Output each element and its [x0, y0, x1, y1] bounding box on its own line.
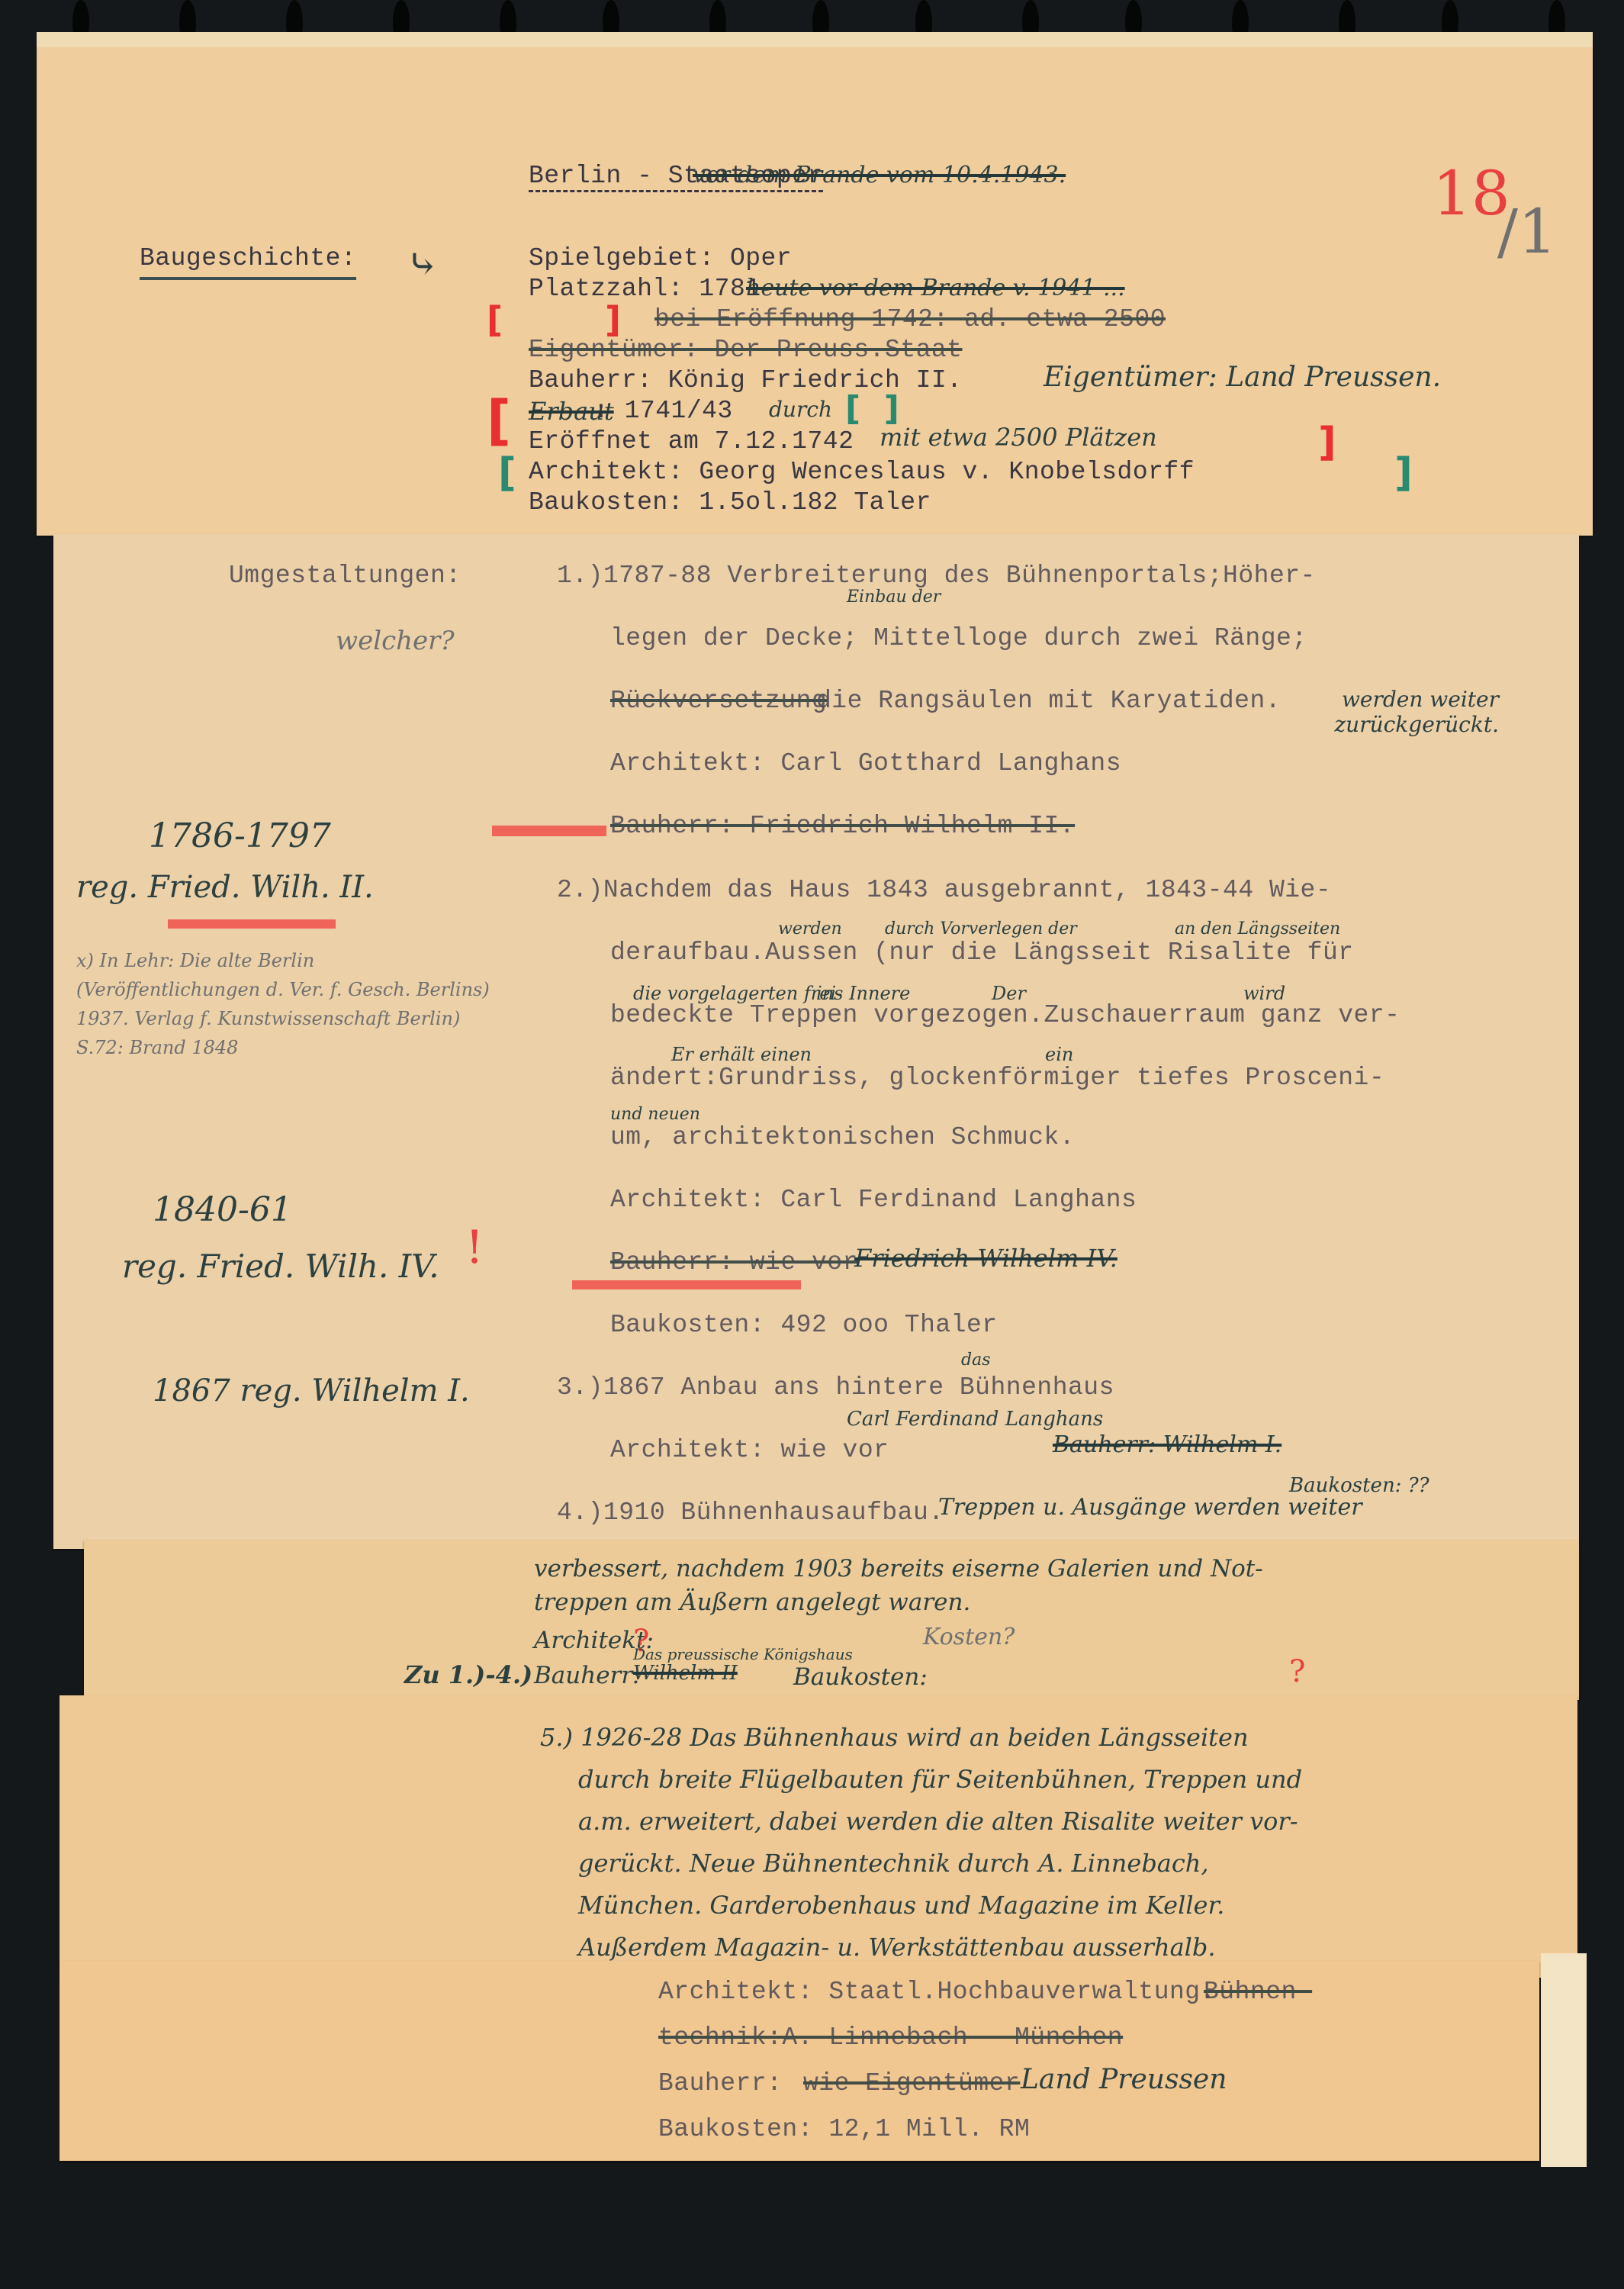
item4-line1: 4.)1910 Bühnenhausaufbau.: [557, 1499, 944, 1527]
item5-baukosten: Baukosten: 12,1 Mill. RM: [658, 2115, 1030, 2143]
red-arrow-icon: [572, 1280, 801, 1289]
eroeffnet: Eröffnet am 7.12.1742: [529, 427, 854, 456]
item1-architekt: Architekt: Carl Gotthard Langhans: [610, 749, 1121, 777]
item2-note-erhaelt: Er erhält einen: [671, 1044, 812, 1065]
item2-line5: um, architektonischen Schmuck.: [610, 1123, 1075, 1151]
item4-bauherr-note: Das preussische Königshaus: [633, 1645, 853, 1663]
item5-typed-card: Architekt: Staatl.Hochbauverwaltung. Büh…: [59, 1961, 1539, 2161]
header-card: Berlin - Staatsoper vor dem Brande vom 1…: [37, 47, 1593, 536]
eigentuemer-struck: Eigentümer: Der Preuss.Staat: [529, 336, 963, 364]
item1-line1: 1.)1787-88 Verbreiterung des Bühnenporta…: [557, 562, 1316, 590]
item2-note-laengsseiten: an den Längsseiten: [1175, 919, 1340, 938]
spielgebiet: Spielgebiet: Oper: [529, 244, 792, 272]
item2-line4: ändert:Grundriss, glockenförmiger tiefes…: [610, 1064, 1384, 1092]
item3-bauherr-struck: Bauherr: Wilhelm I.: [1053, 1431, 1282, 1458]
item5-bauherr: Bauherr:: [658, 2069, 782, 2097]
green-bracket-icon: [: [498, 450, 516, 496]
item4-line2: verbessert, nachdem 1903 bereits eiserne…: [534, 1555, 1263, 1582]
margin-reign-3: 1867 reg. Wilhelm I.: [153, 1373, 470, 1408]
item5-bauherr-note: Land Preussen: [1021, 2064, 1227, 2095]
margin-reign-2-years: 1840-61: [153, 1190, 292, 1229]
item2-note-werden: werden: [778, 919, 842, 938]
item1-bauherr-struck: Bauherr: Friedrich Wilhelm II.: [610, 812, 1075, 840]
umgestaltungen-card: Umgestaltungen: welcher? 1.)1787-88 Verb…: [53, 534, 1579, 1549]
item4-baukosten: Baukosten:: [793, 1663, 928, 1691]
item2-note-ein: ein: [1045, 1044, 1073, 1065]
red-underline: [168, 919, 336, 929]
item1-line2: legen der Decke; Mittelloge durch zwei R…: [610, 624, 1307, 652]
green-bracket-close-icon: ]: [1394, 450, 1413, 496]
footnote: x) In Lehr: Die alte Berlin (Veröffentli…: [76, 946, 490, 1062]
item2-note-vorverlegen: durch Vorverlegen der: [885, 919, 1077, 938]
item3-note-das: das: [961, 1351, 991, 1370]
margin-reign-2-name: reg. Fried. Wilh. IV.: [122, 1248, 439, 1285]
margin-reign-1-name: reg. Fried. Wilh. II.: [76, 870, 374, 905]
item1-line3: die Rangsäulen mit Karyatiden.: [816, 687, 1281, 715]
item5-bauherr-struck: wie Eigentümer: [803, 2069, 1020, 2097]
item4-zu: Zu 1.)-4.): [404, 1660, 532, 1689]
item4-bauherr-struck: Wilhelm II: [633, 1662, 738, 1685]
item3-line1: 3.)1867 Anbau ans hintere Bühnenhaus: [557, 1373, 1114, 1402]
item1-line3-note: werden weiter zurückgerückt.: [1247, 687, 1499, 737]
section-label-baugeschichte: Baugeschichte:: [140, 244, 356, 272]
bauherr-note: Eigentümer: Land Preussen.: [1044, 362, 1441, 393]
question-mark: ?: [1289, 1654, 1305, 1689]
red-bracket-close-icon: ]: [1318, 420, 1336, 465]
erbaut: : 1741/43: [593, 397, 733, 425]
item2-baukosten: Baukosten: 492 ooo Thaler: [610, 1311, 998, 1339]
red-bracket-icon: [: [487, 389, 511, 452]
item4-line3: treppen am Äußern angelegt waren.: [534, 1589, 970, 1616]
title-struck-note: vor dem Brande vom 10.4.1943.: [693, 162, 1066, 188]
item2-line1: 2.)Nachdem das Haus 1843 ausgebrannt, 18…: [557, 876, 1331, 904]
item2-line2: deraufbau.Aussen (nur die Längsseit Risa…: [610, 938, 1354, 967]
item4-kosten-note: Kosten?: [923, 1624, 1015, 1650]
item2-note-neuen: und neuen: [610, 1105, 700, 1124]
item5-architekt-struck: Bühnen-: [1204, 1978, 1312, 2006]
item3-architekt-note: Carl Ferdinand Langhans: [847, 1408, 1103, 1431]
item4-bauherr: Bauherr:: [534, 1662, 641, 1689]
arrow-icon: ⤷: [407, 242, 439, 286]
umgestaltungen-label: Umgestaltungen:: [229, 562, 461, 590]
item4-line1-hw: Treppen u. Ausgänge werden weiter: [938, 1494, 1362, 1521]
item5-text: 5.) 1926-28 Das Bühnenhaus wird an beide…: [540, 1717, 1302, 1969]
item5-card: 5.) 1926-28 Das Bühnenhaus wird an beide…: [59, 1695, 1577, 1978]
red-arrow-icon: [492, 826, 606, 836]
item2-bauherr-hw-struck: Friedrich Wilhelm IV.: [854, 1244, 1118, 1273]
item5-architekt: Architekt: Staatl.Hochbauverwaltung.: [658, 1978, 1216, 2006]
item3-architekt: Architekt: wie vor: [610, 1436, 889, 1464]
item1-line3-struck: Rückversetzung: [610, 687, 827, 715]
item5-technik-struck: technik:A. Linnebach - München: [658, 2023, 1123, 2052]
red-bracket-close-icon: ]: [605, 299, 621, 340]
item1-line2-note: Einbau der: [847, 588, 941, 607]
item2-line3: bedeckte Treppen vorgezogen.Zuschauerrau…: [610, 1001, 1400, 1029]
item2-architekt: Architekt: Carl Ferdinand Langhans: [610, 1186, 1137, 1214]
red-bracket-icon: [: [487, 299, 503, 340]
margin-note-welcher: welcher?: [336, 626, 455, 656]
margin-reign-1-years: 1786-1797: [149, 816, 331, 855]
platzzahl: Platzzahl: 1781: [529, 275, 761, 303]
item2-bauherr-struck: Bauherr: wie vor: [610, 1248, 858, 1276]
baukosten: Baukosten: 1.5ol.182 Taler: [529, 488, 931, 517]
architekt: Architekt: Georg Wenceslaus v. Knobelsdo…: [529, 458, 1195, 486]
exclaim-mark: !: [465, 1221, 484, 1274]
platzzahl-struck: heute vor dem Brande v. 1941 ...: [746, 275, 1125, 301]
eroeffnung-struck: bei Eröffnung 1742: ad. etwa 2500: [654, 305, 1166, 333]
eroeffnet-note: mit etwa 2500 Plätzen: [880, 423, 1157, 452]
sheet-subnumber: /1: [1497, 196, 1557, 267]
erbaut-note: durch: [769, 397, 832, 422]
underlying-paper: [1541, 1953, 1587, 2167]
item4-continuation-card: verbessert, nachdem 1903 bereits eiserne…: [84, 1540, 1579, 1700]
